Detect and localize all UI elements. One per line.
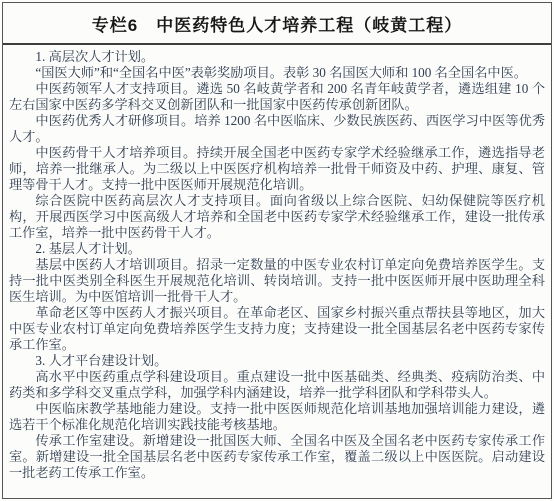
program-name: 高水平中医药重点学科建设项目。	[35, 369, 236, 384]
program-name: 传承工作室建设。	[35, 433, 142, 448]
program-paragraph: “国医大师”和“全国名中医”表彰奖励项目。表彰 30 名国医大师和 100 名全…	[9, 65, 545, 81]
program-paragraph: 中医药优秀人才研修项目。培养 1200 名中医临床、少数民族医药、西医学习中医等…	[9, 113, 545, 145]
program-paragraph: 综合医院中医药高层次人才支持项目。面向省级以上综合医院、妇幼保健院等医疗机构，开…	[9, 193, 545, 241]
program-name: 中医药骨干人才培养项目。	[35, 145, 196, 160]
program-name: 基层中医药人才培训项目。	[35, 257, 196, 272]
program-name: 中医药优秀人才研修项目。	[35, 113, 194, 128]
program-paragraph: 基层中医药人才培训项目。招录一定数量的中医专业农村订单定向免费培养医学生。支持一…	[9, 257, 545, 305]
program-paragraph: 中医临床教学基地能力建设。支持一批中医医师规范化培训基地加强培训能力建设，遴选若…	[9, 401, 545, 433]
document-page: 专栏6 中医药特色人才培养工程（岐黄工程） 1. 高层次人才计划。“国医大师”和…	[0, 0, 554, 501]
program-name: “国医大师”和“全国名中医”表彰奖励项目。	[35, 65, 283, 80]
panel-title: 专栏6 中医药特色人才培养工程（岐黄工程）	[3, 3, 551, 45]
program-name: 中医药领军人才支持项目。	[35, 81, 196, 96]
program-name: 综合医院中医药高层次人才支持项目。	[35, 193, 269, 208]
plan-section-heading: 3. 人才平台建设计划。	[9, 353, 545, 369]
plan-section-heading: 1. 高层次人才计划。	[9, 49, 545, 65]
column6-panel: 专栏6 中医药特色人才培养工程（岐黄工程） 1. 高层次人才计划。“国医大师”和…	[2, 2, 552, 499]
program-name: 革命老区等中医药人才振兴项目。	[35, 305, 236, 320]
plan-section-heading: 2. 基层人才计划。	[9, 241, 545, 257]
program-paragraph: 革命老区等中医药人才振兴项目。在革命老区、国家乡村振兴重点帮扶县等地区，加大中医…	[9, 305, 545, 353]
program-paragraph: 中医药骨干人才培养项目。持续开展全国老中医药专家学术经验继承工作，遴选指导老师，…	[9, 145, 545, 193]
program-paragraph: 传承工作室建设。新增建设一批国医大师、全国名中医及全国名老中医药专家传承工作室。…	[9, 433, 545, 481]
program-name: 中医临床教学基地能力建设。	[35, 401, 209, 416]
program-paragraph: 高水平中医药重点学科建设项目。重点建设一批中医基础类、经典类、疫病防治类、中药类…	[9, 369, 545, 401]
panel-body: 1. 高层次人才计划。“国医大师”和“全国名中医”表彰奖励项目。表彰 30 名国…	[3, 45, 551, 481]
program-paragraph: 中医药领军人才支持项目。遴选 50 名岐黄学者和 200 名青年岐黄学者，遴选组…	[9, 81, 545, 113]
